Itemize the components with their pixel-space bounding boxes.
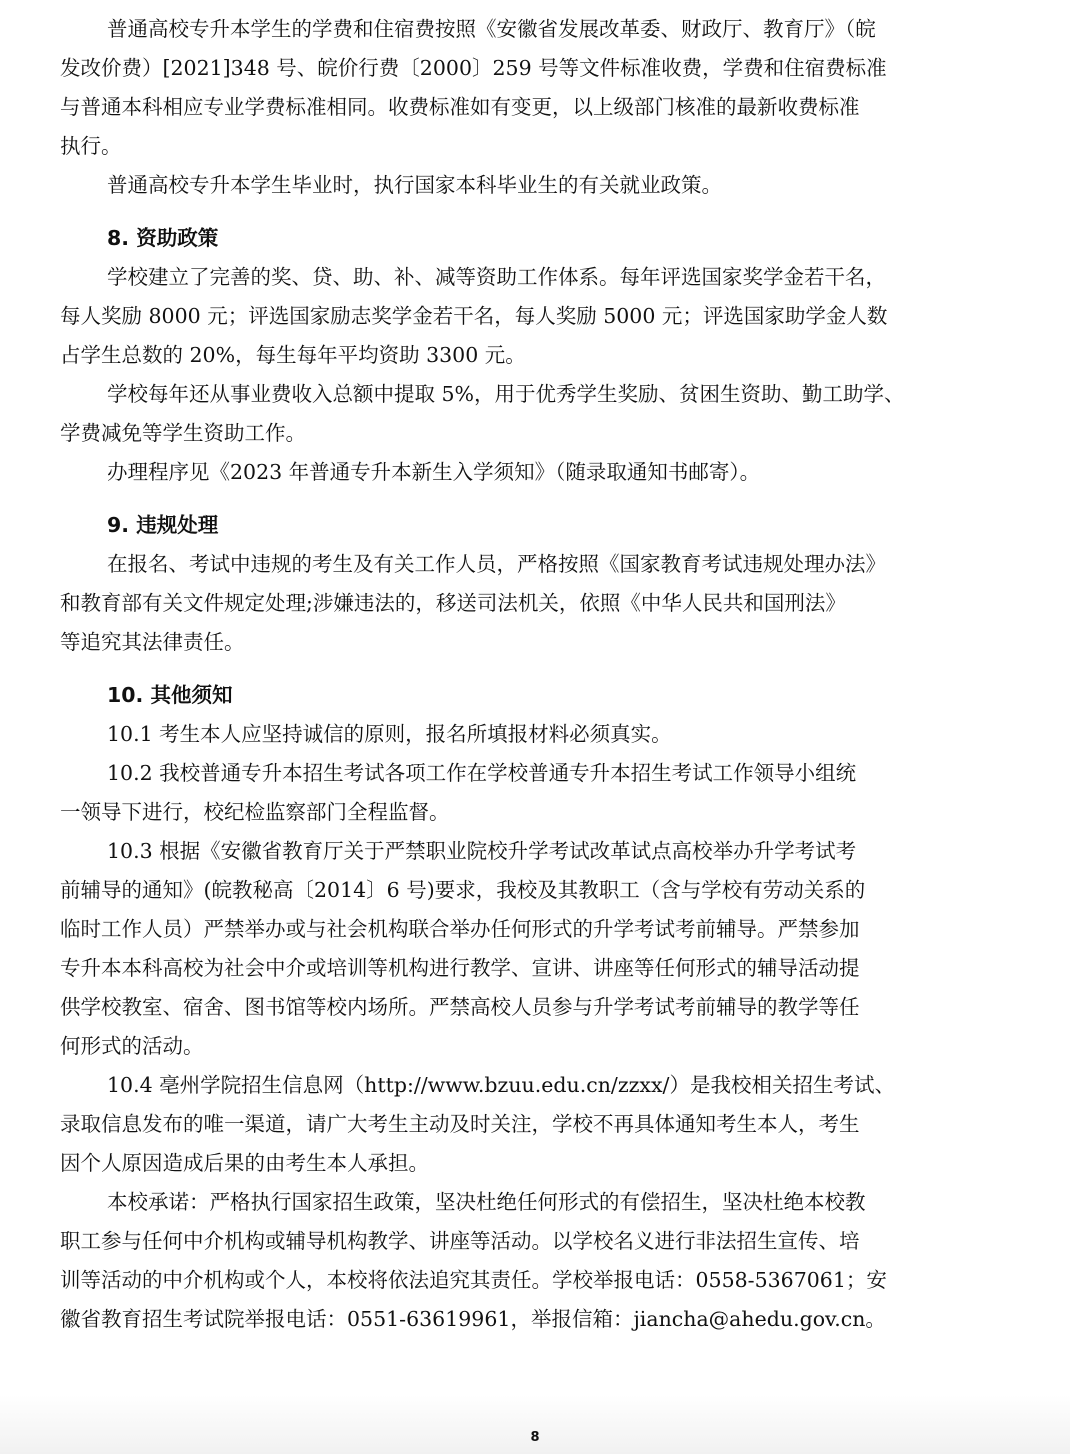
document-body: 普通高校专升本学生的学费和住宿费按照《安徽省发展改革委、财政厅、教育厅》（皖发改…	[60, 10, 994, 1339]
paragraph: 普通高校专升本学生的学费和住宿费按照《安徽省发展改革委、财政厅、教育厅》（皖发改…	[60, 10, 994, 166]
text-line: 学费减免等学生资助工作。	[60, 414, 994, 453]
text-line: 普通高校专升本学生毕业时，执行国家本科毕业生的有关就业政策。	[60, 166, 994, 205]
text-line: 发改价费）[2021]348 号、皖价行费〔2000〕259 号等文件标准收费，…	[60, 49, 994, 88]
text-line: 10.1 考生本人应坚持诚信的原则，报名所填报材料必须真实。	[60, 715, 994, 754]
text-line: 何形式的活动。	[60, 1027, 994, 1066]
text-line: 每人奖励 8000 元；评选国家励志奖学金若干名，每人奖励 5000 元；评选国…	[60, 297, 994, 336]
text-line: 占学生总数的 20%，每生每年平均资助 3300 元。	[60, 336, 994, 375]
text-line: 训等活动的中介机构或个人，本校将依法追究其责任。学校举报电话：0558-5367…	[60, 1261, 994, 1300]
text-line: 和教育部有关文件规定处理;涉嫌违法的，移送司法机关，依照《中华人民共和国刑法》	[60, 584, 994, 623]
text-line: 供学校教室、宿舍、图书馆等校内场所。严禁高校人员参与升学考试考前辅导的教学等任	[60, 988, 994, 1027]
page-number: 8	[0, 1430, 1070, 1445]
text-line: 一领导下进行，校纪检监察部门全程监督。	[60, 793, 994, 832]
paragraph: 本校承诺：严格执行国家招生政策，坚决杜绝任何形式的有偿招生，坚决杜绝本校教职工参…	[60, 1183, 994, 1339]
text-line: 10.3 根据《安徽省教育厅关于严禁职业院校升学考试改革试点高校举办升学考试考	[60, 832, 994, 871]
paragraph: 10.3 根据《安徽省教育厅关于严禁职业院校升学考试改革试点高校举办升学考试考前…	[60, 832, 994, 1066]
text-line: 与普通本科相应专业学费标准相同。收费标准如有变更，以上级部门核准的最新收费标准	[60, 88, 994, 127]
text-line: 学校建立了完善的奖、贷、助、补、减等资助工作体系。每年评选国家奖学金若干名，	[60, 258, 994, 297]
paragraph: 10.1 考生本人应坚持诚信的原则，报名所填报材料必须真实。	[60, 715, 994, 754]
text-line: 10.4 亳州学院招生信息网（http://www.bzuu.edu.cn/zz…	[60, 1066, 994, 1105]
section-heading: 10. 其他须知	[107, 676, 994, 715]
text-line: 徽省教育招生考试院举报电话：0551-63619961，举报信箱：jiancha…	[60, 1300, 994, 1339]
text-line: 职工参与任何中介机构或辅导机构教学、讲座等活动。以学校名义进行非法招生宣传、培	[60, 1222, 994, 1261]
section-heading: 8. 资助政策	[107, 219, 994, 258]
document-page: 普通高校专升本学生的学费和住宿费按照《安徽省发展改革委、财政厅、教育厅》（皖发改…	[0, 0, 1070, 1454]
paragraph: 普通高校专升本学生毕业时，执行国家本科毕业生的有关就业政策。	[60, 166, 994, 205]
paragraph: 学校建立了完善的奖、贷、助、补、减等资助工作体系。每年评选国家奖学金若干名，每人…	[60, 258, 994, 375]
section-heading: 9. 违规处理	[107, 506, 994, 545]
text-line: 办理程序见《2023 年普通专升本新生入学须知》（随录取通知书邮寄）。	[60, 453, 994, 492]
text-line: 等追究其法律责任。	[60, 623, 994, 662]
text-line: 本校承诺：严格执行国家招生政策，坚决杜绝任何形式的有偿招生，坚决杜绝本校教	[60, 1183, 994, 1222]
paragraph: 在报名、考试中违规的考生及有关工作人员，严格按照《国家教育考试违规处理办法》和教…	[60, 545, 994, 662]
paragraph: 学校每年还从事业费收入总额中提取 5%，用于优秀学生奖励、贫困生资助、勤工助学、…	[60, 375, 994, 453]
text-line: 录取信息发布的唯一渠道，请广大考生主动及时关注，学校不再具体通知考生本人，考生	[60, 1105, 994, 1144]
text-line: 因个人原因造成后果的由考生本人承担。	[60, 1144, 994, 1183]
text-line: 前辅导的通知》(皖教秘高〔2014〕6 号)要求，我校及其教职工（含与学校有劳动…	[60, 871, 994, 910]
paragraph: 10.4 亳州学院招生信息网（http://www.bzuu.edu.cn/zz…	[60, 1066, 994, 1183]
text-line: 临时工作人员）严禁举办或与社会机构联合举办任何形式的升学考试考前辅导。严禁参加	[60, 910, 994, 949]
text-line: 执行。	[60, 127, 994, 166]
text-line: 普通高校专升本学生的学费和住宿费按照《安徽省发展改革委、财政厅、教育厅》（皖	[60, 10, 994, 49]
text-line: 专升本本科高校为社会中介或培训等机构进行教学、宣讲、讲座等任何形式的辅导活动提	[60, 949, 994, 988]
text-line: 在报名、考试中违规的考生及有关工作人员，严格按照《国家教育考试违规处理办法》	[60, 545, 994, 584]
paragraph: 办理程序见《2023 年普通专升本新生入学须知》（随录取通知书邮寄）。	[60, 453, 994, 492]
text-line: 10.2 我校普通专升本招生考试各项工作在学校普通专升本招生考试工作领导小组统	[60, 754, 994, 793]
paragraph: 10.2 我校普通专升本招生考试各项工作在学校普通专升本招生考试工作领导小组统一…	[60, 754, 994, 832]
text-line: 学校每年还从事业费收入总额中提取 5%，用于优秀学生奖励、贫困生资助、勤工助学、	[60, 375, 994, 414]
